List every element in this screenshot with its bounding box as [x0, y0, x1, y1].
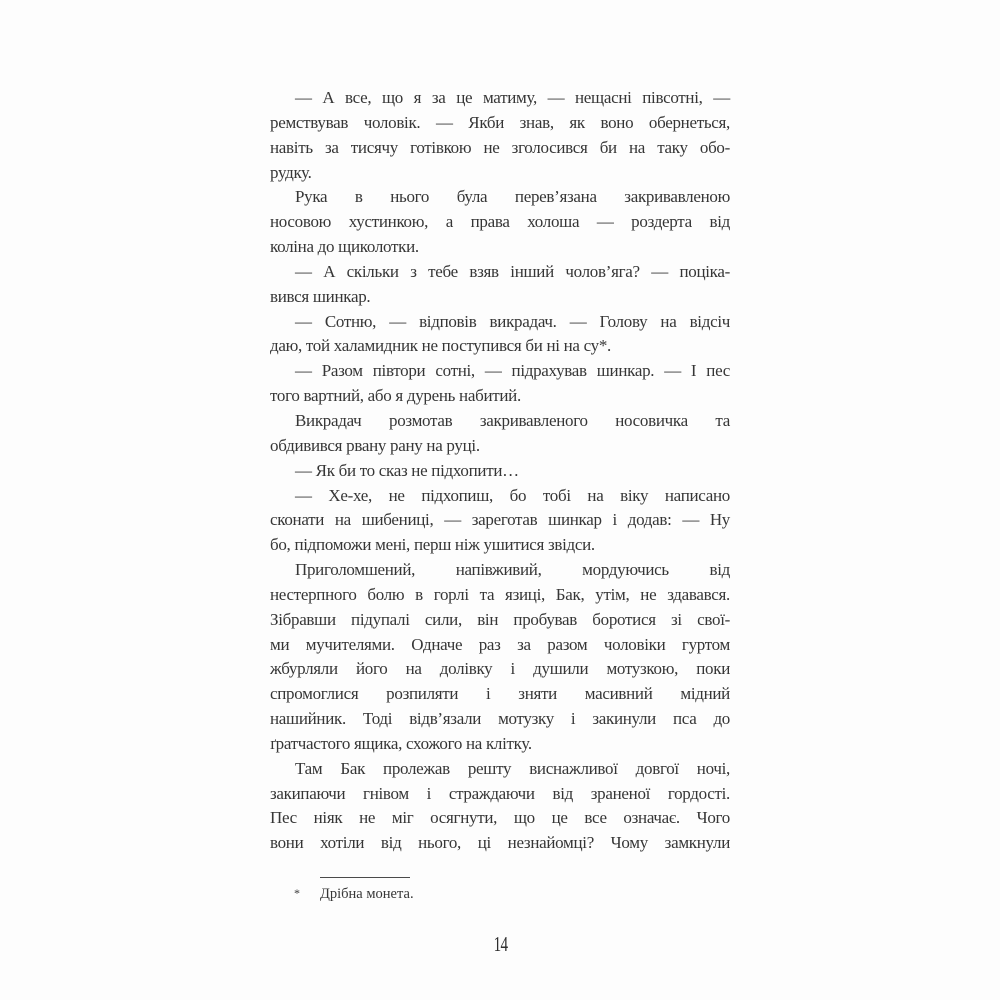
text-line: — Сотню, — відповів викрадач. — Голову н… [270, 310, 730, 335]
paragraph: Приголомшений, напівживий, мордуючись ві… [270, 558, 730, 757]
footnote-text: Дрібна монета. [320, 884, 730, 904]
body-text-column: — А все, що я за це матиму, — нещасні пі… [270, 86, 730, 856]
text-line: рудку. [270, 161, 730, 186]
text-line: носовою хустинкою, а права холоша — розд… [270, 210, 730, 235]
paragraph: — Сотню, — відповів викрадач. — Голову н… [270, 310, 730, 360]
footnote: * Дрібна монета. [270, 884, 730, 904]
paragraph: — А скільки з тебе взяв інший чолов’яга?… [270, 260, 730, 310]
paragraph: — Хе-хе, не підхопиш, бо тобі на віку на… [270, 484, 730, 559]
book-page: — А все, що я за це матиму, — нещасні пі… [0, 0, 1000, 1000]
text-line: сконати на шибениці, — зареготав шинкар … [270, 508, 730, 533]
paragraph: Рука в нього була перев’язана закривавле… [270, 185, 730, 260]
text-line: обдивився рвану рану на руці. [270, 434, 730, 459]
paragraph: Там Бак пролежав решту виснажливої довго… [270, 757, 730, 856]
text-line: навіть за тисячу готівкою не зголосився … [270, 136, 730, 161]
text-line: ми мучителями. Одначе раз за разом чолов… [270, 633, 730, 658]
page-number: 14 [0, 932, 1000, 957]
paragraph: — Як би то сказ не підхопити… [270, 459, 730, 484]
text-line: — Хе-хе, не підхопиш, бо тобі на віку на… [270, 484, 730, 509]
text-line: того вартний, або я дурень набитий. [270, 384, 730, 409]
text-line: — А все, що я за це матиму, — нещасні пі… [270, 86, 730, 111]
text-line: — Разом півтори сотні, — підрахував шинк… [270, 359, 730, 384]
text-line: Приголомшений, напівживий, мордуючись ві… [270, 558, 730, 583]
page-number-value: 14 [493, 932, 507, 957]
text-line: закипаючи гнівом і страждаючи від зранен… [270, 782, 730, 807]
text-line: нашийник. Тоді відв’язали мотузку і заки… [270, 707, 730, 732]
text-line: Пес ніяк не міг осягнути, що це все озна… [270, 806, 730, 831]
text-line: Зібравши підупалі сили, він пробував бор… [270, 608, 730, 633]
footnote-marker: * [294, 883, 300, 903]
text-line: — Як би то сказ не підхопити… [270, 459, 730, 484]
text-line: вони хотіли від нього, ці незнайомці? Чо… [270, 831, 730, 856]
footnote-divider [320, 877, 410, 878]
text-line: даю, той халамидник не поступився би ні … [270, 334, 730, 359]
text-line: — А скільки з тебе взяв інший чолов’яга?… [270, 260, 730, 285]
text-line: спромоглися розпиляти і зняти масивний м… [270, 682, 730, 707]
text-line: Там Бак пролежав решту виснажливої довго… [270, 757, 730, 782]
text-line: жбурляли його на долівку і душили мотузк… [270, 657, 730, 682]
paragraph: Викрадач розмотав закривавленого носович… [270, 409, 730, 459]
paragraph: — А все, що я за це матиму, — нещасні пі… [270, 86, 730, 185]
text-line: ремствував чоловік. — Якби знав, як воно… [270, 111, 730, 136]
text-line: вився шинкар. [270, 285, 730, 310]
text-line: ґратчастого ящика, схожого на клітку. [270, 732, 730, 757]
text-line: нестерпного болю в горлі та язиці, Бак, … [270, 583, 730, 608]
text-line: Рука в нього була перев’язана закривавле… [270, 185, 730, 210]
text-line: Викрадач розмотав закривавленого носович… [270, 409, 730, 434]
paragraph: — Разом півтори сотні, — підрахував шинк… [270, 359, 730, 409]
text-line: коліна до щиколотки. [270, 235, 730, 260]
text-line: бо, підпоможи мені, перш ніж ушитися зві… [270, 533, 730, 558]
